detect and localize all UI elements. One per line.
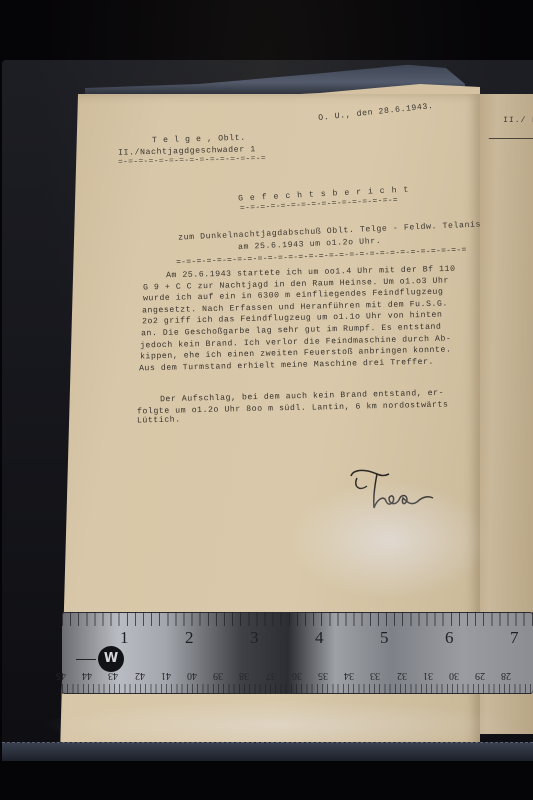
inch-ticks: [62, 612, 533, 626]
cm-label: 43: [108, 670, 118, 681]
cm-label: 44: [82, 670, 92, 681]
signature: [343, 466, 439, 518]
cm-ticks: [62, 684, 533, 694]
inch-label: 7: [510, 628, 519, 648]
cm-label: 42: [135, 670, 145, 681]
inch-label: 3: [250, 628, 259, 648]
cm-label: 30: [449, 670, 459, 681]
inch-label: 4: [315, 628, 324, 648]
cm-label: 38: [239, 670, 249, 681]
cm-label: 37: [266, 670, 276, 681]
next-page-header: II./ N: [503, 116, 533, 125]
cm-label: 45: [56, 670, 66, 681]
ruler-logo-line: [76, 659, 96, 660]
cm-label: 34: [344, 670, 354, 681]
cm-label: 31: [423, 670, 433, 681]
inch-label: 6: [445, 628, 454, 648]
cm-label: 36: [292, 670, 302, 681]
cm-label: 33: [370, 670, 380, 681]
next-page-rule: [489, 138, 533, 139]
body-line: Lüttich.: [137, 415, 181, 425]
ruler-logo-icon: W: [98, 646, 124, 672]
cm-label: 41: [161, 670, 171, 681]
cm-label: 40: [187, 670, 197, 681]
cm-label: 39: [213, 670, 223, 681]
inch-label: 1: [120, 628, 129, 648]
cm-label: 29: [475, 670, 485, 681]
cm-label: 28: [501, 670, 511, 681]
inch-label: 5: [380, 628, 389, 648]
inch-label: 2: [185, 628, 194, 648]
measuring-ruler: W 1234567 454443424140393837363534333231…: [62, 612, 533, 694]
sleeve-bottom-edge: [2, 742, 533, 761]
cm-label: 32: [397, 670, 407, 681]
cm-label: 35: [318, 670, 328, 681]
